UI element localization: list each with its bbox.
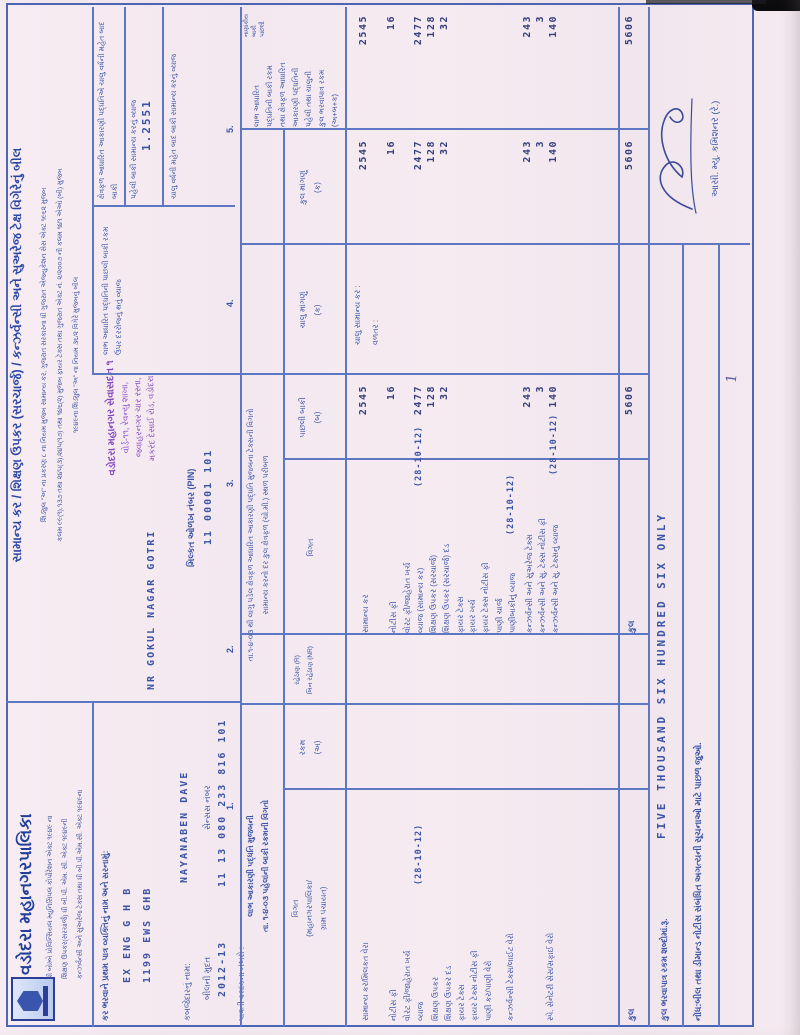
- g3-row-label: ફાયર ટેક્સ: [455, 596, 467, 633]
- g3-row-label: વ્યાજ (સામાન્ય કર): [415, 568, 427, 633]
- total-demand-total: 5606: [624, 140, 635, 235]
- signature-scribble: [652, 87, 702, 217]
- divider: [6, 702, 240, 704]
- corner-note-line: નાણાંકીય: [243, 9, 251, 37]
- grand-payable-value: 2545: [358, 15, 369, 100]
- g5-header-line: કુલ ભરવાપાત્ર રકમ: [315, 15, 328, 127]
- payer-address-line3: NR GOKUL NAGAR GOTRI: [146, 530, 158, 690]
- g5-header-line: (અ+બ+ક): [328, 15, 341, 127]
- g1-col-amount2: (અ): [312, 705, 324, 790]
- g1-row-label: કન્ઝર્વન્સી ટેક્સ/લાઈટ વેરો: [505, 933, 517, 1021]
- group-number-1: 1.: [224, 802, 236, 810]
- amount-words-label: કુલ ભરવાપાત્ર રકમ શબ્દોમાં.રૂ.: [658, 919, 670, 1021]
- group-number-3: 3.: [224, 479, 236, 487]
- g5-header-line: આકારણી પદ્ધતિની: [289, 15, 302, 127]
- bill-title: સામાન્ય કર / શિક્ષણ ઉપકર (સરચાર્જ) / કન્…: [11, 11, 23, 699]
- g1-row-label: શિક્ષણ ઉપકર દંડ: [443, 966, 455, 1021]
- rates-line: [124, 7, 126, 207]
- footer-note: નોંધ:બીલ તથા ડીમાન્ડ નોટીસ સંબંધિત અગત્ય…: [692, 742, 704, 1021]
- prev-due-value: 2545: [358, 385, 369, 457]
- g3-row-label: ફાયર ખર્ચ: [467, 599, 479, 633]
- total-demand-value: 16: [386, 140, 397, 235]
- vmc-logo: [11, 977, 55, 1021]
- g1-row-label: ફાયર ટેક્સ નોટીસ ફી: [469, 950, 481, 1021]
- g1-header-line2: તા. ૧-૪-૦૩ પહેલાંની બાકી રકમની વિગતો: [260, 705, 272, 1027]
- group-number-2: 2.: [224, 645, 236, 653]
- table-line: [718, 245, 720, 1027]
- g1-total-label: કુલ: [625, 1009, 637, 1021]
- org-title: વડોદરા મહાનગરપાલિકા: [16, 703, 36, 975]
- prev-due-value: 3: [535, 385, 546, 457]
- g1-row-label: વ્યાજ: [415, 1002, 427, 1021]
- g3-row-label: શિક્ષણ ઉપકર (સરચાર્જ): [428, 555, 440, 633]
- table-line: [618, 7, 620, 1027]
- tax-bill-document: વડોદરા મહાનગરપાલિકા ધી બોમ્બે પ્રોવિન્સિ…: [0, 0, 800, 1035]
- table-line: [283, 459, 648, 461]
- g3-row-label: નોટીસ ફી: [388, 601, 400, 633]
- g3-row-label: કન્ઝર્વન્સી અને સુ. ટેક્સ નોટીસ ફી: [537, 518, 549, 633]
- g1-row-date: (28-10-12): [413, 824, 425, 885]
- grand-payable-value: 2477: [413, 15, 424, 100]
- payer-address-line2: 1199 EWS GHB: [142, 887, 154, 983]
- interest-rate-label: પહેલી બાકી સામાન્ય કરનું વ્યાજ: [128, 100, 140, 199]
- g5-header-line: તથા ક્ષેત્રફળ આધારિત: [276, 15, 289, 127]
- g1-row-label: સામાન્ય કર/મિલકત વેરા: [360, 942, 372, 1021]
- g5-header-line: પહેલી તથા ચાલુની: [302, 15, 315, 127]
- occupant-name: NAYANABEN DAVE: [179, 771, 191, 883]
- rates-box-divider: [92, 206, 235, 208]
- g2-residence-label: રહેઠાણ (R): [292, 636, 304, 704]
- g1-row-label: પાણી કર/પાણી વેરો: [483, 961, 495, 1021]
- g4-col-total: કુલ માંગણું: [297, 130, 309, 245]
- g3-row-label: કન્ઝર્વન્સી અને સુઅરેજ ટેક્સ: [524, 534, 536, 633]
- act-line: ધી બોમ્બે પ્રોવિન્સિયલ મ્યુનિસિપલ કોર્પો…: [46, 815, 55, 979]
- g1-col-detail3: ગ્રામ પંચાયત): [318, 790, 330, 1027]
- vmc-logo-emblem-icon: [17, 991, 43, 1011]
- total-demand-value: 140: [548, 140, 559, 235]
- grand-payable-total: 5606: [624, 15, 635, 100]
- g1-col-detail2: (મહાનગરપાલિકા/: [304, 790, 316, 1027]
- g3-row-label: વોરંટ ફી/જાહેરાત ખર્ચ: [402, 563, 414, 633]
- divider: [92, 703, 94, 1027]
- grand-payable-value: 32: [439, 15, 450, 100]
- g3-row-date: (28-10-12): [505, 474, 517, 535]
- g1-row-label: શિક્ષણ ઉપકર: [430, 977, 442, 1021]
- g1-col-detail: વિગત: [290, 790, 302, 1027]
- grand-payable-value: 128: [426, 15, 437, 100]
- handwritten-mark: 1: [725, 373, 738, 384]
- group-number-4: 4.: [224, 299, 236, 307]
- bill-period-label: બીલની મુદત: [201, 957, 213, 1000]
- g4-col-total2: (ક): [312, 130, 324, 245]
- interest-rate-value: 1.2551: [141, 99, 153, 151]
- payer-heading: કર ભરવાને પ્રથમ પાત્ર વ્યક્તિનું નામ અને…: [99, 851, 111, 1021]
- table-line: [283, 789, 648, 791]
- total-demand-value: 128: [426, 140, 437, 235]
- grand-payable-value: 16: [386, 15, 397, 100]
- g1-col-amount: રકમ: [297, 705, 309, 790]
- total-demand-value: 2545: [358, 140, 369, 235]
- rates-line: [162, 7, 164, 207]
- g3-col-prev: પાછલી બાકી: [297, 375, 309, 460]
- table-line: [682, 245, 684, 1027]
- bill-period-value: 2012-13: [217, 941, 229, 997]
- table-line: [240, 634, 648, 636]
- g3-row-label: પાણીબાકીનું વ્યાજ: [507, 573, 519, 633]
- census-label: સેન્સસ નંબર: [201, 785, 213, 830]
- bill-statute-line: ૧૯૪૯ના શિડ્યુલ "અ" ના નિયમ ૩૬/૨ વિગેરે મ…: [72, 13, 81, 697]
- signer-title: આસી. મ્યુ. કમિશનર (રે.): [710, 101, 722, 197]
- g3-total-label: કુલ: [625, 621, 637, 633]
- total-demand-value: 3: [535, 140, 546, 235]
- act-line: શિક્ષણ ઉપકર(સરચાર્જ) ધી બી.પી. એમ. સી. એ…: [61, 818, 70, 979]
- g4-rebate-note: વળતર :: [370, 320, 382, 345]
- group-number-5: 5.: [224, 125, 236, 133]
- table-line: [92, 374, 648, 376]
- grand-payable-value: 3: [535, 15, 546, 100]
- table-line: [283, 130, 285, 1027]
- occupant-label: કબજેદારનું નામ:: [181, 963, 193, 1021]
- rates-row3-label: ચાલુ વર્ષની મહેત બાદ બાકી સામાન્ય કરનું …: [168, 13, 181, 199]
- g3-row-label: કન્ઝર્વન્સી અને સુ. ટેક્સનું વ્યાજ: [550, 525, 562, 633]
- g3-row-label: પાણી ચાર્જ: [494, 598, 506, 633]
- g2-nonresidence-label: બિન રહેઠાણ (NR): [305, 636, 317, 704]
- bill-statute-line: કલમ ૯૯(૧),૧૩૭ તથા ૨૪૫(૩),૨૪૫(૧૭) તથા ૧૪૬…: [56, 13, 65, 697]
- table-line: [345, 7, 347, 1027]
- g1-header-line1: લાભ આકારણી પદ્ધતિ મુજબની: [245, 705, 257, 1027]
- g1-row-label: સ્પે. સેનેટરી સેસ/સફાઈ વેરો: [545, 933, 557, 1021]
- g4-col-current2: (ક): [312, 245, 324, 375]
- vmc-logo-band: [43, 986, 48, 1016]
- table-line: [240, 7, 242, 1027]
- total-demand-value: 32: [439, 140, 450, 235]
- scanned-page: વડોદરા મહાનગરપાલિકા ધી બોમ્બે પ્રોવિન્સિ…: [0, 0, 800, 1035]
- g3-col-prev2: (બ): [312, 375, 324, 460]
- rates-row1-label: ક્ષેત્રફળ આધારિત આકારણી પદ્ધતિએ ચાલુ વર્…: [96, 13, 121, 199]
- prev-due-total: 5606: [624, 385, 635, 457]
- prev-due-value: 16: [386, 385, 397, 457]
- act-line: કન્ઝર્વન્સી અને સુઅરેજ ટેક્સ તથા ધી બી.પ…: [76, 790, 85, 979]
- amount-words-value: FIVE THOUSAND SIX HUNDRED SIX ONLY: [656, 512, 668, 839]
- grand-payable-value: 140: [548, 15, 559, 100]
- pin-label: મિલ્કત ઓળખ નંબર (PIN): [185, 469, 197, 567]
- bill-statute-line: શિડ્યુલ "અ" ના પ્રકરણ ૮ ના નિયમ મુજબ સામ…: [40, 13, 49, 697]
- divider: [92, 7, 94, 375]
- g3-header-line2: સામાન્ય કરનો દર કુલ ક્ષેત્રફળ (ચો.મી.) સ…: [260, 375, 272, 695]
- g1-row-label: નોટીસ ફી: [388, 989, 400, 1021]
- prev-due-value: 2477: [413, 385, 424, 457]
- corner-note-line: બાકી પાછલી: [251, 9, 267, 37]
- payer-address-line1: EX ENG G H B: [122, 887, 134, 983]
- prev-due-value: 140: [548, 385, 559, 457]
- total-demand-value: 2477: [413, 140, 424, 235]
- g4-current-tax-note: ચાલુ સામાન્ય કર :: [352, 285, 364, 345]
- g3-row-label: શિક્ષણ ઉપકર (સરચાર્જ) દંડ: [441, 544, 453, 633]
- g4-col-current: ચાલુ માંગણું: [297, 245, 309, 375]
- prev-due-value: 243: [522, 385, 533, 457]
- rates-left-label: લાભ આધારિત પદ્ધતિની પાછલી બાકી રકમ ઉપર દ…: [100, 217, 125, 355]
- scan-edge-artifact: [646, 0, 766, 4]
- g3-row-label: ફાયર ટેક્સ નોટીસ ફી: [480, 562, 492, 633]
- prev-due-value: 32: [439, 385, 450, 457]
- g1-row-label: વોરંટ ફી/જાહેરાત ખર્ચ: [402, 951, 414, 1021]
- g3-row-label: સામાન્ય કર: [360, 594, 372, 633]
- grand-payable-value: 243: [522, 15, 533, 100]
- g3-header-line1: તા.૧-૪-૦૩ થી લાગુ પડેલ ક્ષેત્રફળ આધારિત …: [245, 375, 257, 695]
- g5-corner-note: નાણાંકીય બાકી પાછલી: [243, 9, 267, 37]
- table-line: [648, 7, 650, 1027]
- prev-due-value: 128: [426, 385, 437, 457]
- total-demand-value: 243: [522, 140, 533, 235]
- g3-col-detail: વિગત: [305, 460, 317, 635]
- g1-row-label: ફાયર ટેક્સ: [456, 984, 468, 1021]
- pin-value: 11 00001 101: [203, 449, 215, 545]
